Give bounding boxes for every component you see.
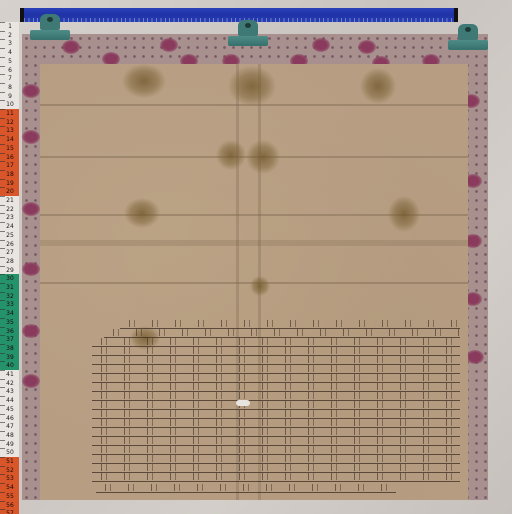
ruler-tick [0,161,5,162]
ruler-tick [0,266,5,267]
paper-tear [236,400,250,406]
ruler-tick [0,213,5,214]
ruler-number: 50 [1,449,19,456]
center-binder-clip [228,20,268,46]
ruler-tick [0,170,5,171]
ruler-number: 55 [1,493,19,500]
flower-motif [466,350,484,364]
ruler-tick [0,22,5,23]
ruler-number: 39 [1,354,19,361]
script-line [92,365,460,374]
ruler-tick [0,92,5,93]
ruler-number: 22 [1,206,19,213]
ruler-number: 27 [1,249,19,256]
ruler-tick [0,440,5,441]
ruler-tick [0,257,5,258]
flower-motif [312,38,330,52]
ruler-number: 56 [1,502,19,509]
ruler-tick [0,292,5,293]
ruler-tick [0,405,5,406]
fold-line [40,240,468,246]
ruler-tick [0,74,5,75]
ruler-tick [0,248,5,249]
flower-motif [22,130,40,144]
clip-handle [238,20,258,36]
ruler-number: 38 [1,345,19,352]
ruler-tick [0,327,5,328]
ruler-number: 21 [1,197,19,204]
ruler-tick [0,187,5,188]
ruler-number: 35 [1,319,19,326]
ruler-tick [0,509,5,510]
ruler-number: 2 [1,32,19,39]
ruler-tick [0,466,5,467]
ruler-number: 29 [1,267,19,274]
ruler-tick [0,283,5,284]
script-line [92,347,460,356]
ruler-tick [0,448,5,449]
ruler-tick [0,387,5,388]
clip-jaw [30,30,70,40]
ruler-tick [0,66,5,67]
ruler-number: 5 [1,58,19,65]
ruler-tick [0,483,5,484]
ruler-tick [0,396,5,397]
vertical-measuring-tape: 1234567891011121314151617181920212223242… [0,22,19,514]
ruler-tick [0,474,5,475]
manuscript-text-block [92,320,464,496]
ruler-number: 20 [1,188,19,195]
flower-motif [22,324,40,338]
ruler-tick [0,318,5,319]
ruler-number: 37 [1,336,19,343]
ruler-number: 6 [1,67,19,74]
ruler-number: 1 [1,23,19,30]
ruler-number: 9 [1,93,19,100]
ruler-tick [0,335,5,336]
ruler-number: 8 [1,84,19,91]
ruler-number: 31 [1,284,19,291]
ruler-number: 30 [1,275,19,282]
ruler-number: 51 [1,458,19,465]
ruler-tick [0,240,5,241]
ruler-tick [0,39,5,40]
ruler-number: 47 [1,423,19,430]
ruler-number: 18 [1,171,19,178]
script-line [104,329,460,338]
script-line [92,464,460,473]
left-binder-clip [30,14,70,40]
stain [388,196,420,232]
ruler-number: 26 [1,241,19,248]
ruler-number: 10 [1,101,19,108]
clip-jaw [448,40,488,50]
ruler-tick [0,31,5,32]
ruler-number: 40 [1,362,19,369]
ruler-number: 41 [1,371,19,378]
ruler-tick [0,300,5,301]
flower-motif [22,262,40,276]
stain [360,68,396,104]
ruler-tick [0,361,5,362]
script-line [92,455,460,464]
ruler-number: 53 [1,475,19,482]
ruler-number: 32 [1,293,19,300]
ruler-number: 23 [1,214,19,221]
ruler-tick [0,135,5,136]
ruler-number: 4 [1,49,19,56]
ruler-number: 16 [1,154,19,161]
ruler-number: 13 [1,127,19,134]
stain [228,66,276,106]
ruler-tick [0,344,5,345]
ruler-number: 33 [1,301,19,308]
script-line [92,428,460,437]
ruler-number: 57 [1,510,19,514]
ruler-tick [0,196,5,197]
ruler-number: 43 [1,388,19,395]
ruler-tick [0,118,5,119]
ruler-number: 52 [1,467,19,474]
flower-motif [160,38,178,52]
ruler-number: 11 [1,110,19,117]
right-binder-clip [448,24,488,50]
clip-handle [40,14,60,30]
script-line [92,338,460,347]
flower-motif [62,40,80,54]
ruler-tick [0,100,5,101]
ruler-tick [0,144,5,145]
ruler-tick [0,48,5,49]
ruler-number: 19 [1,180,19,187]
ruler-number: 14 [1,136,19,143]
ruler-tick [0,274,5,275]
ruler-tick [0,414,5,415]
script-line [92,392,460,401]
ruler-tick [0,492,5,493]
ruler-number: 24 [1,223,19,230]
flower-motif [22,84,40,98]
ruler-number: 17 [1,162,19,169]
ruler-number: 49 [1,441,19,448]
ruler-number: 3 [1,40,19,47]
script-line [96,484,396,493]
ruler-tick [0,179,5,180]
ruler-tick [0,57,5,58]
ruler-tick [0,153,5,154]
script-line [92,374,460,383]
script-line [120,320,460,329]
ruler-tick [0,422,5,423]
ruler-tick [0,83,5,84]
flower-motif [358,40,376,54]
stain [122,64,166,98]
ruler-tick [0,309,5,310]
stain [216,140,246,170]
ruler-number: 46 [1,415,19,422]
ruler-number: 34 [1,310,19,317]
script-line [92,437,460,446]
script-line [92,446,460,455]
ruler-tick [0,126,5,127]
ruler-number: 15 [1,145,19,152]
ruler-tick [0,205,5,206]
clip-handle [458,24,478,40]
ruler-number: 45 [1,406,19,413]
ruler-tick [0,501,5,502]
ruler-number: 12 [1,119,19,126]
script-line [92,383,460,392]
ruler-tick [0,379,5,380]
ruler-tick [0,457,5,458]
ruler-tick [0,109,5,110]
ruler-number: 44 [1,397,19,404]
ruler-number: 42 [1,380,19,387]
ruler-number: 25 [1,232,19,239]
ruler-tick [0,370,5,371]
stain [246,140,280,174]
flower-motif [22,374,40,388]
ruler-tick [0,431,5,432]
script-line [92,410,460,419]
ruler-tick [0,222,5,223]
clip-jaw [228,36,268,46]
script-line [92,419,460,428]
ruler-number: 28 [1,258,19,265]
script-line [92,401,460,410]
stain [250,276,270,296]
ruler-number: 48 [1,432,19,439]
ruler-tick [0,353,5,354]
ruler-tick [0,231,5,232]
flower-motif [22,202,40,216]
ruler-number: 7 [1,75,19,82]
script-line [92,356,460,365]
script-line [92,473,460,482]
ruler-number: 54 [1,484,19,491]
stain [124,198,160,228]
ruler-number: 36 [1,328,19,335]
